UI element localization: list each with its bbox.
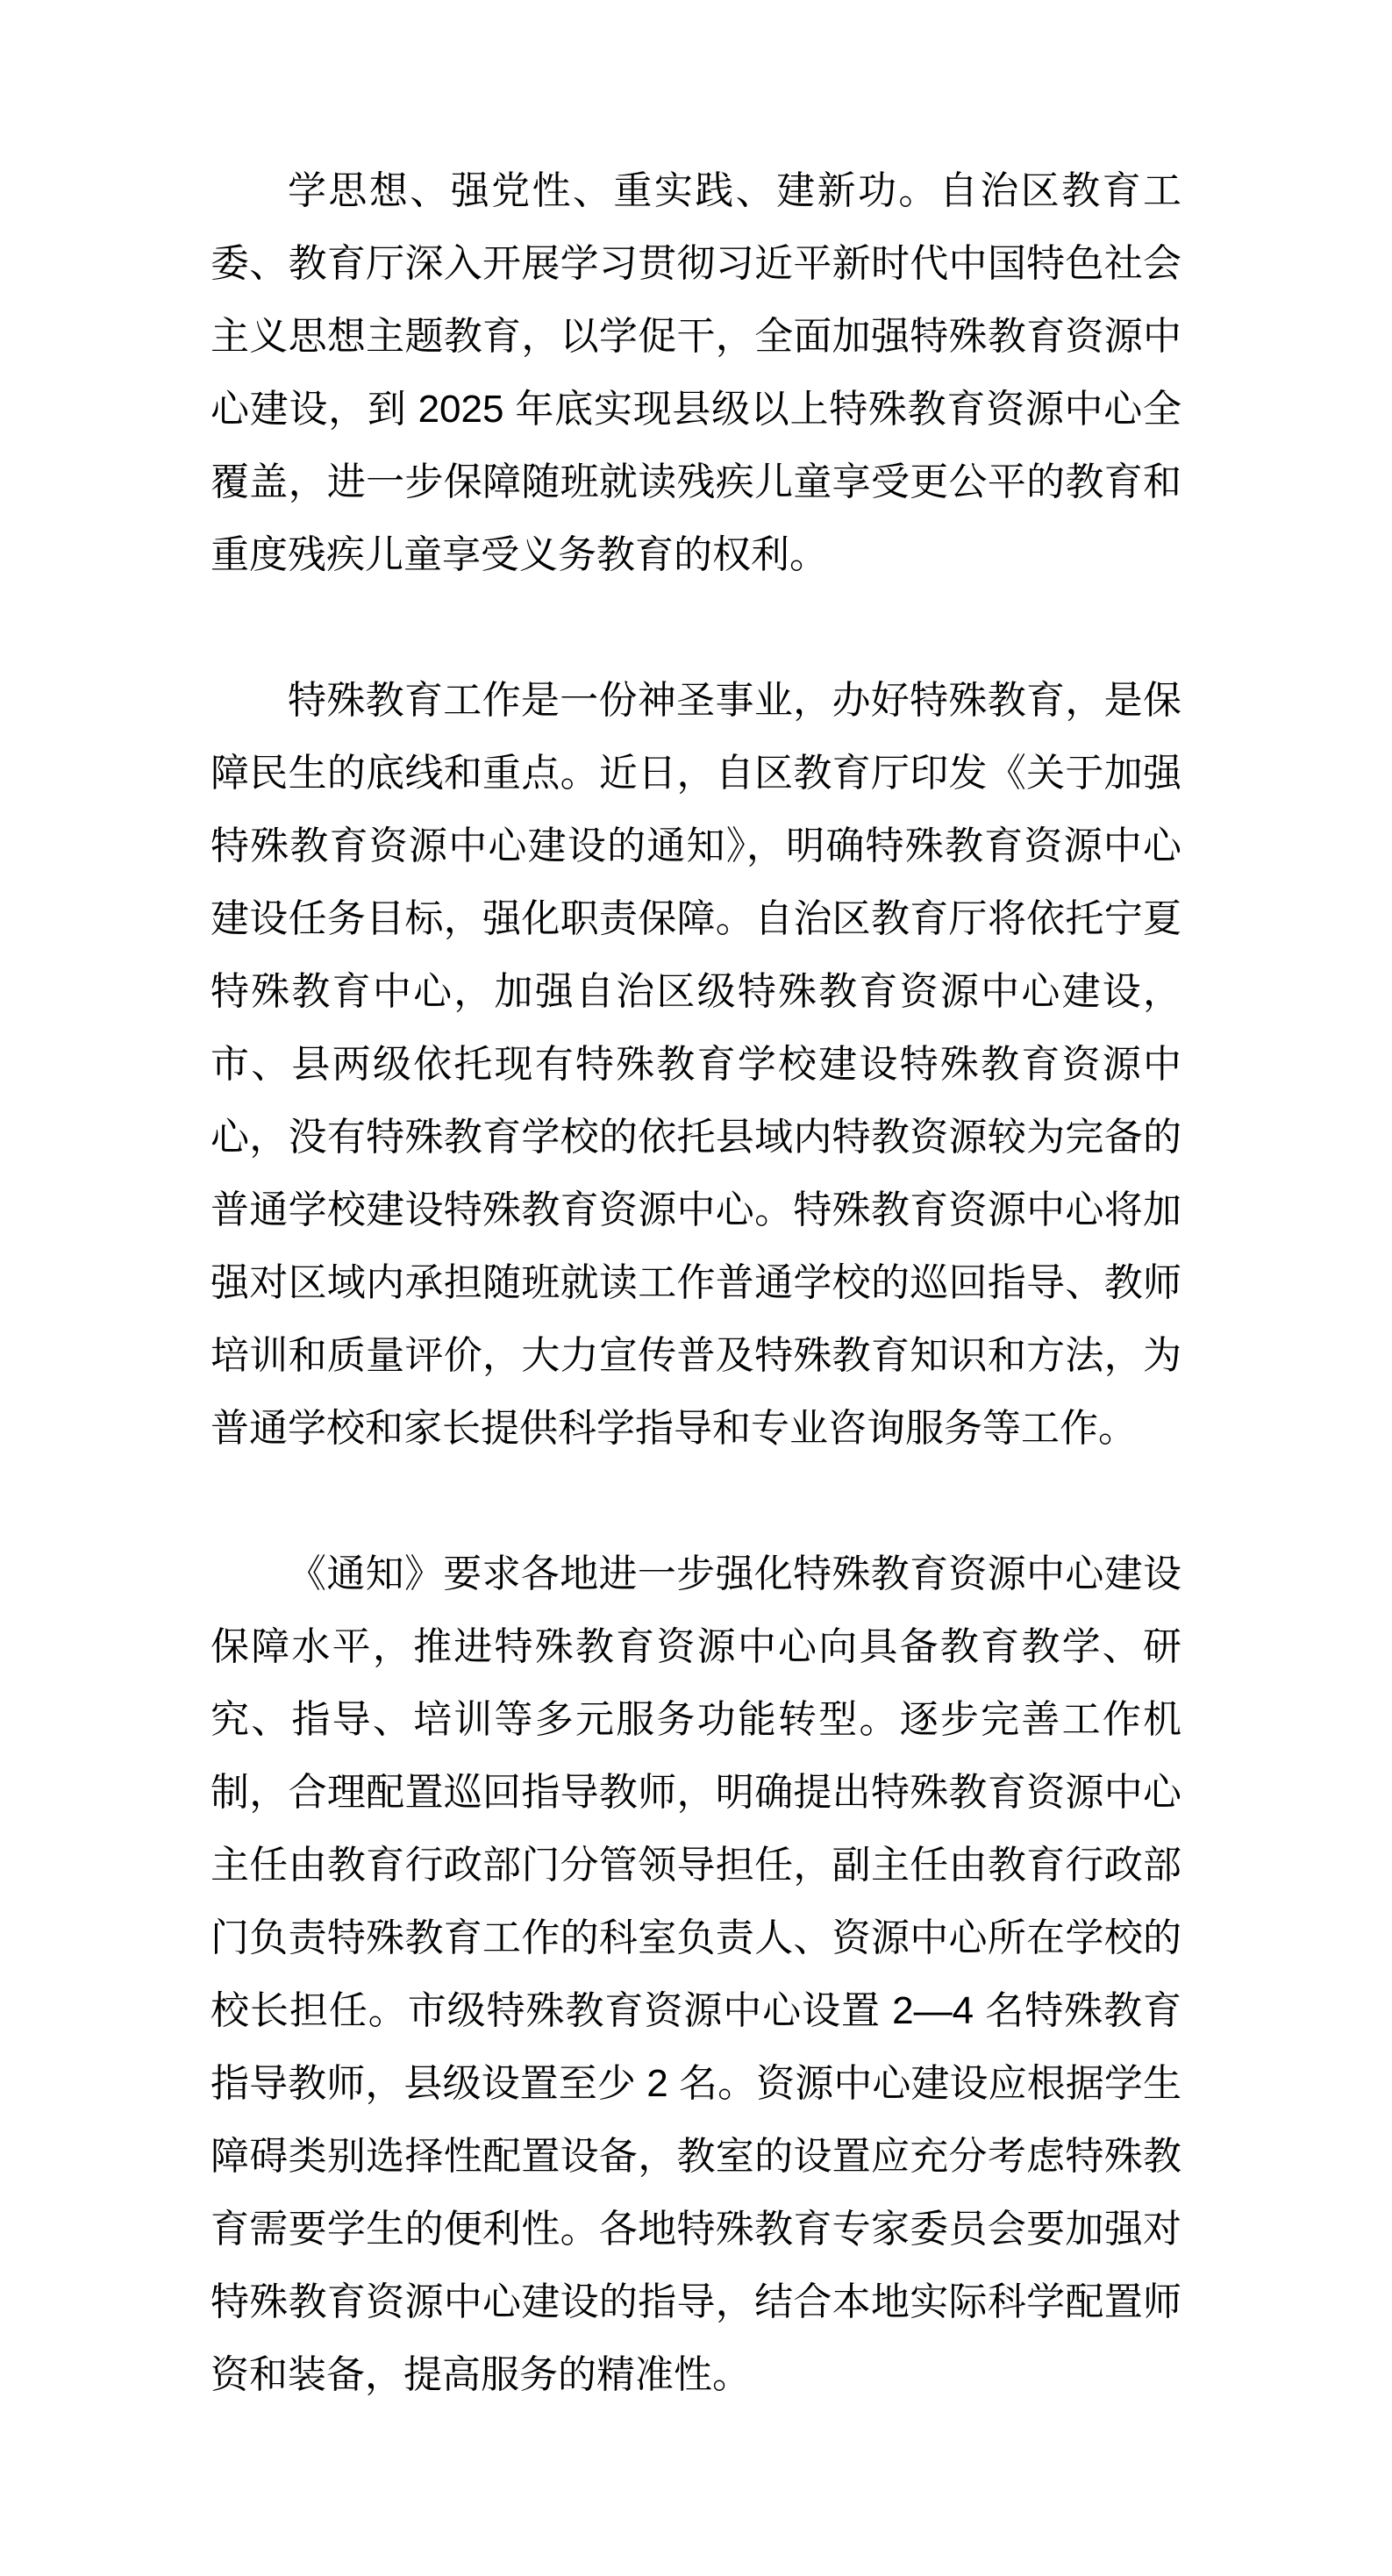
paragraph-special-education-notice: 特殊教育工作是一份神圣事业，办好特殊教育，是保障民生的底线和重点。近日，自区教育… bbox=[211, 664, 1181, 1465]
paragraph-notice-requirements: 《通知》要求各地进一步强化特殊教育资源中心建设保障水平，推进特殊教育资源中心向具… bbox=[211, 1538, 1181, 2411]
document-page: 学思想、强党性、重实践、建新功。自治区教育工委、教育厅深入开展学习贯彻习近平新时… bbox=[0, 0, 1392, 2576]
paragraph-study-thought: 学思想、强党性、重实践、建新功。自治区教育工委、教育厅深入开展学习贯彻习近平新时… bbox=[211, 154, 1181, 591]
